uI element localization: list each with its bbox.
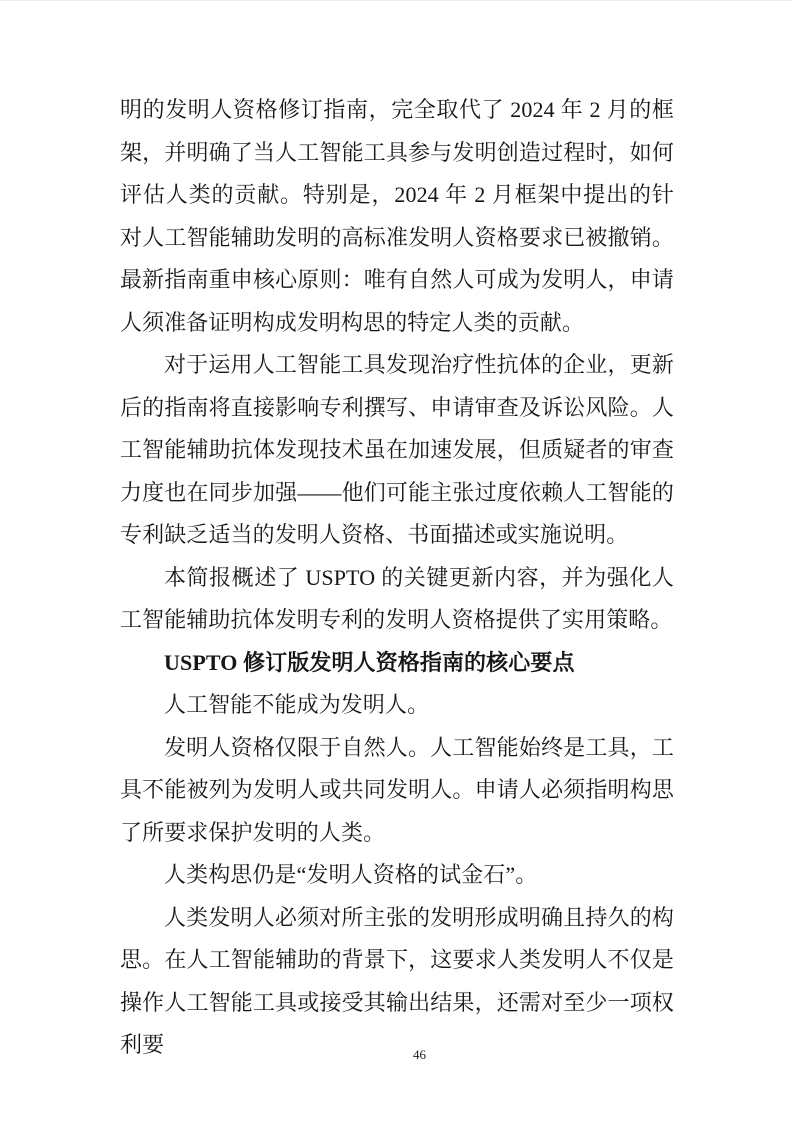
paragraph-briefing-overview: 本简报概述了 USPTO 的关键更新内容，并为强化人工智能辅助抗体发明专利的发明… [120,557,674,642]
paragraph-ai-cannot-be-inventor: 人工智能不能成为发明人。 [120,684,674,727]
paragraph-continuation: 明的发明人资格修订指南，完全取代了 2024 年 2 月的框架，并明确了当人工智… [120,89,674,344]
section-heading-uspto-guidance-key-points: USPTO 修订版发明人资格指南的核心要点 [120,642,674,685]
page-number: 46 [23,1046,793,1064]
document-page: 明的发明人资格修订指南，完全取代了 2024 年 2 月的框架，并明确了当人工智… [0,0,793,1122]
paragraph-natural-persons-only: 发明人资格仅限于自然人。人工智能始终是工具，工具不能被列为发明人或共同发明人。申… [120,727,674,855]
paragraph-conception-touchstone: 人类构思仍是“发明人资格的试金石”。 [120,854,674,897]
paragraph-impact-on-antibody-companies: 对于运用人工智能工具发现治疗性抗体的企业，更新后的指南将直接影响专利撰写、申请审… [120,344,674,557]
document-body-text: 明的发明人资格修订指南，完全取代了 2024 年 2 月的框架，并明确了当人工智… [120,89,674,1067]
paragraph-definite-permanent-conception: 人类发明人必须对所主张的发明形成明确且持久的构思。在人工智能辅助的背景下，这要求… [120,897,674,1067]
